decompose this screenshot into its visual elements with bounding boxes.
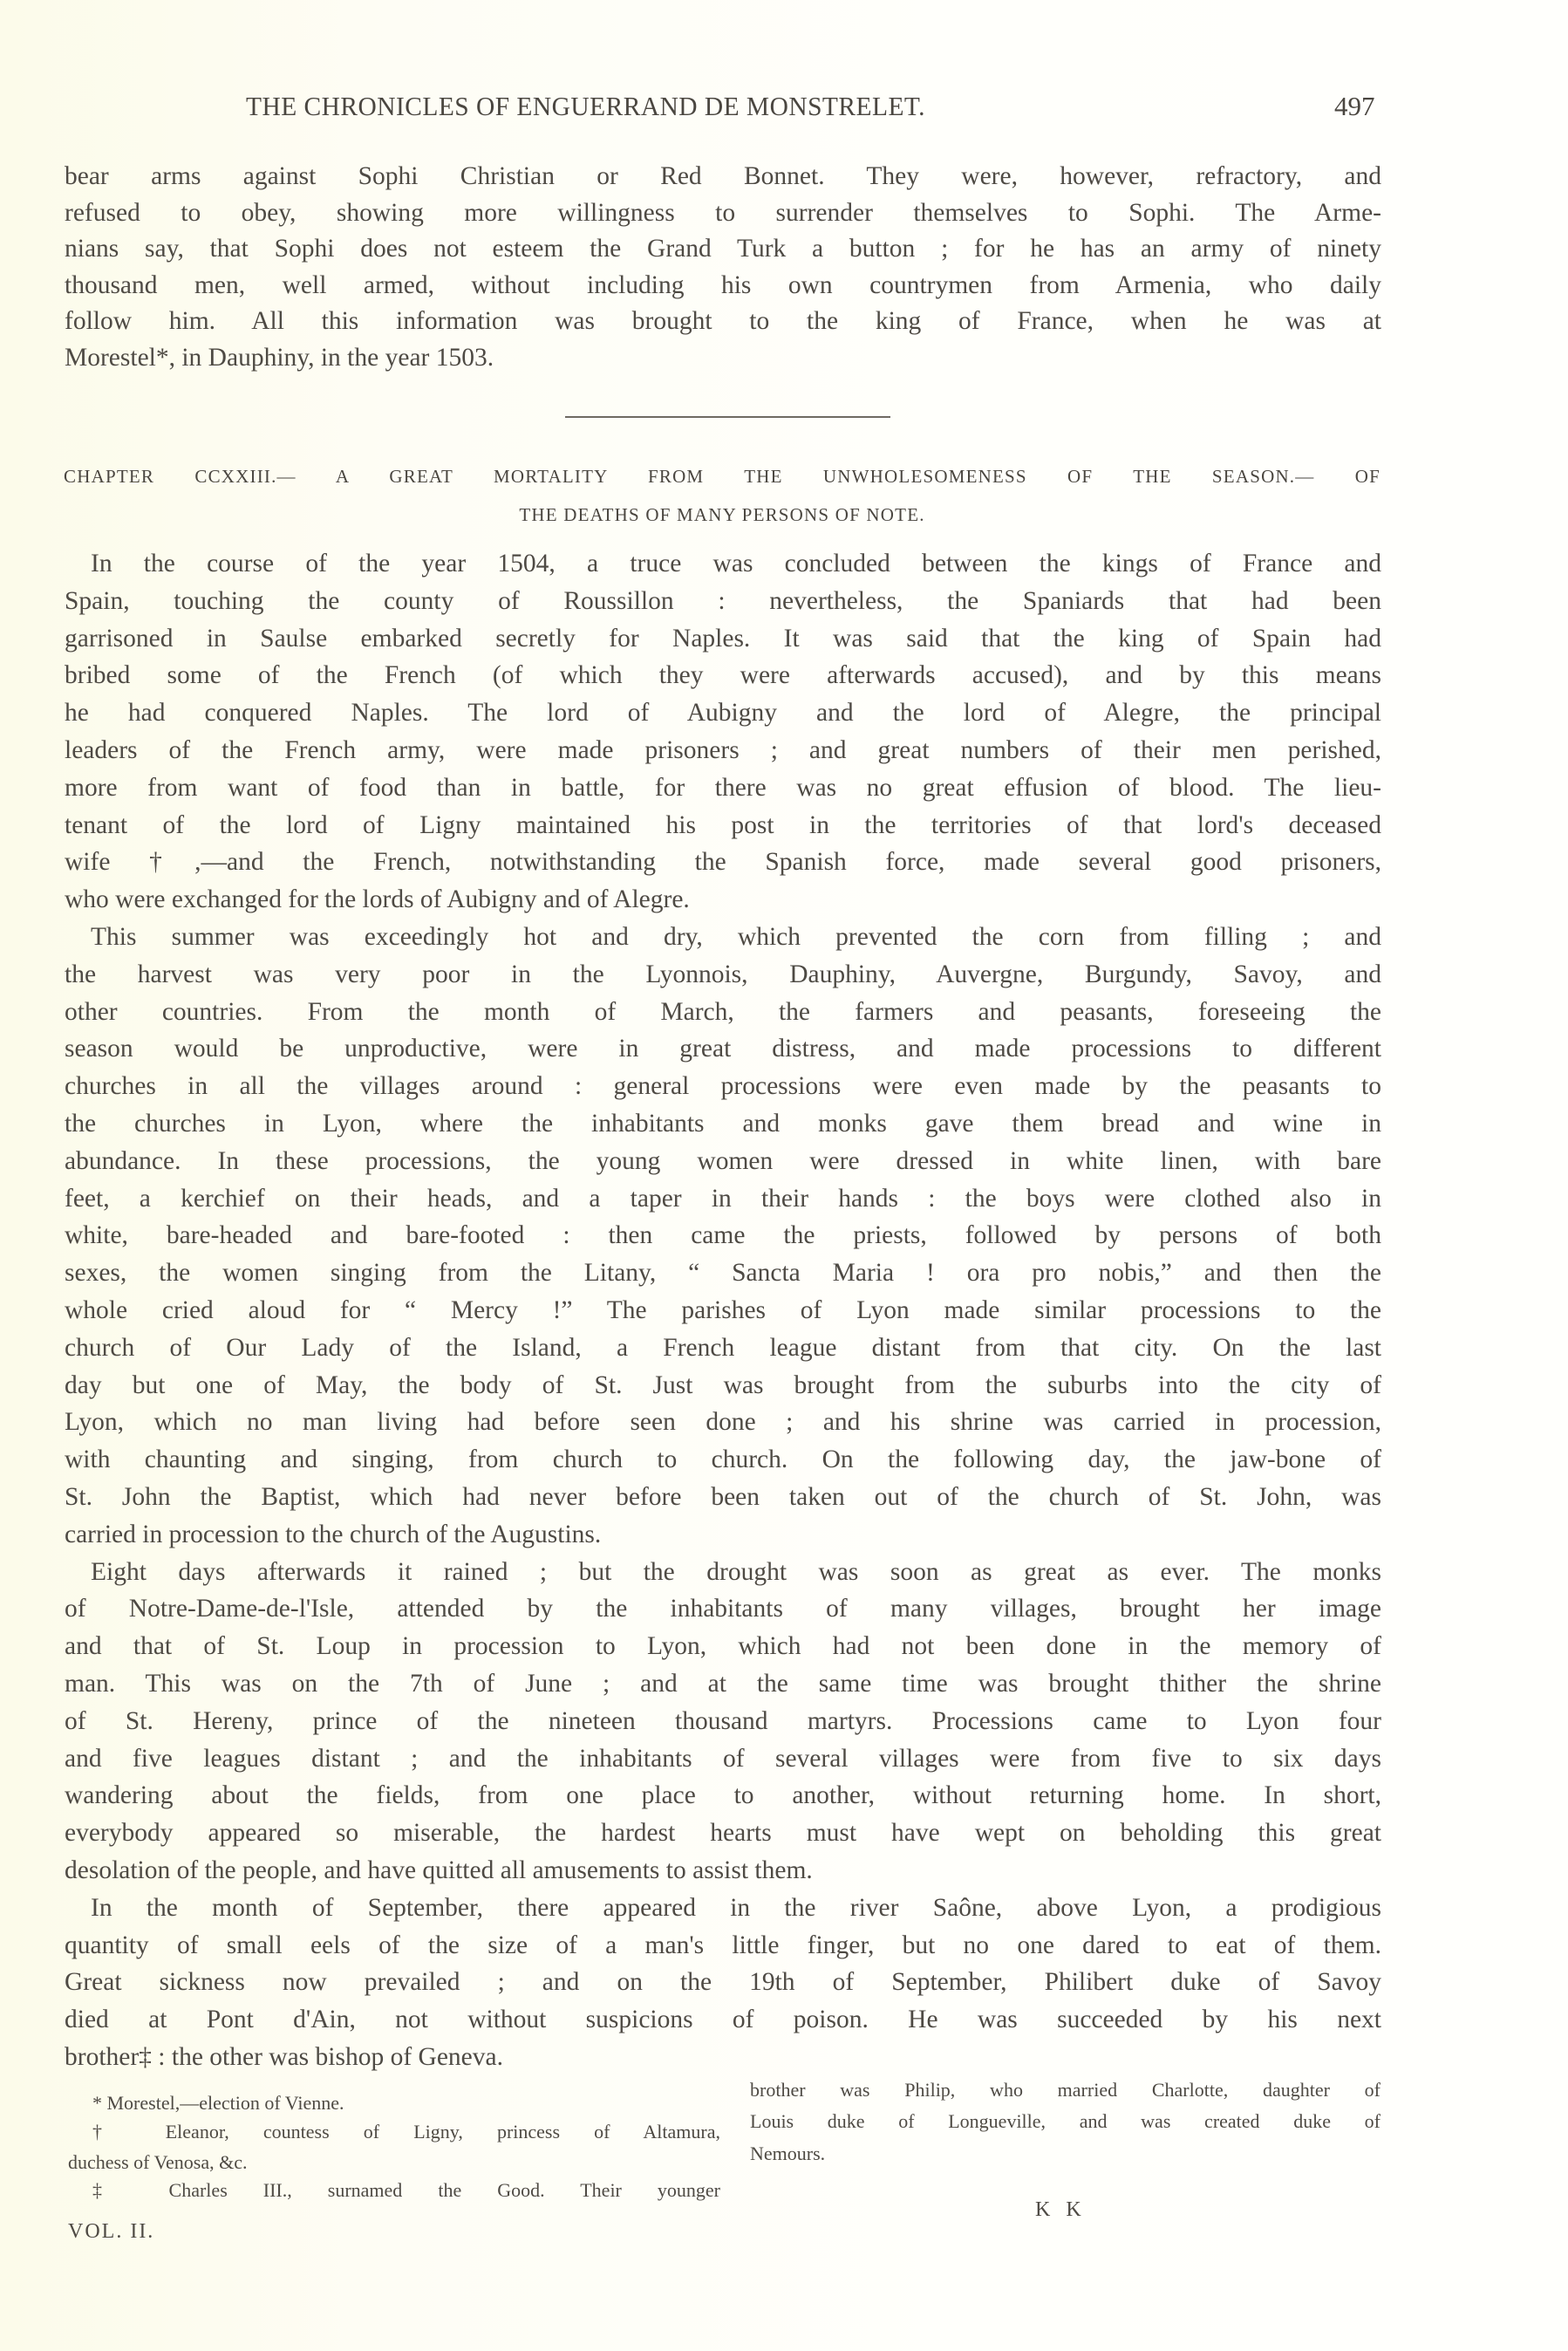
text-line: tenant of the lord of Ligny maintained h… — [65, 810, 1381, 841]
text-line: thousand men, well armed, without includ… — [65, 270, 1381, 301]
text-line: abundance. In these processions, the you… — [65, 1145, 1381, 1177]
chapter-title-line-2: THE DEATHS OF MANY PERSONS OF NOTE. — [64, 504, 1381, 526]
text-line: everybody appeared so miserable, the har… — [65, 1817, 1381, 1849]
text-line: the churches in Lyon, where the inhabita… — [65, 1108, 1381, 1139]
chapter-title-line-1: CHAPTER CCXXIII.— A GREAT MORTALITY FROM… — [64, 466, 1381, 488]
text-line: wife †,—and the French, notwithstanding … — [65, 846, 1381, 878]
text-line: Lyon, which no man living had before see… — [65, 1406, 1381, 1438]
text-line: day but one of May, the body of St. Just… — [65, 1370, 1381, 1401]
text-line: feet, a kerchief on their heads, and a t… — [65, 1183, 1381, 1214]
section-divider — [565, 416, 890, 418]
footnote-line: brother was Philip, who married Charlott… — [750, 2078, 1381, 2102]
text-line: In the course of the year 1504, a truce … — [65, 548, 1381, 579]
footnote-line: * Morestel,—election of Vienne. — [68, 2091, 720, 2115]
text-line: carried in procession to the church of t… — [65, 1519, 1381, 1550]
text-line: Great sickness now prevailed ; and on th… — [65, 1966, 1381, 1998]
running-head-title: THE CHRONICLES OF ENGUERRAND DE MONSTREL… — [246, 91, 1149, 122]
text-line: In the month of September, there appeare… — [65, 1892, 1381, 1924]
text-line: This summer was exceedingly hot and dry,… — [65, 921, 1381, 953]
text-line: brother‡ : the other was bishop of Genev… — [65, 2041, 1381, 2073]
footnote-line: † Eleanor, countess of Ligny, princess o… — [68, 2120, 720, 2144]
text-line: white, bare-headed and bare-footed : the… — [65, 1220, 1381, 1251]
text-line: with chaunting and singing, from church … — [65, 1444, 1381, 1475]
text-line: leaders of the French army, were made pr… — [65, 735, 1381, 766]
footnote-line: Nemours. — [750, 2142, 1381, 2166]
text-line: other countries. From the month of March… — [65, 996, 1381, 1028]
page-number: 497 — [1334, 91, 1375, 122]
text-line: and that of St. Loup in procession to Ly… — [65, 1630, 1381, 1662]
text-line: follow him. All this information was bro… — [65, 305, 1381, 337]
text-line: Morestel*, in Dauphiny, in the year 1503… — [65, 342, 1381, 373]
text-line: the harvest was very poor in the Lyonnoi… — [65, 959, 1381, 990]
text-line: Eight days afterwards it rained ; but th… — [65, 1556, 1381, 1588]
text-line: of Notre-Dame-de-l'Isle, attended by the… — [65, 1593, 1381, 1624]
text-line: died at Pont d'Ain, not without suspicio… — [65, 2004, 1381, 2035]
volume-label: VOL. II. — [68, 2220, 154, 2244]
text-line: wandering about the fields, from one pla… — [65, 1780, 1381, 1811]
text-line: Spain, touching the county of Roussillon… — [65, 585, 1381, 617]
text-line: man. This was on the 7th of June ; and a… — [65, 1668, 1381, 1699]
text-line: more from want of food than in battle, f… — [65, 772, 1381, 803]
text-line: quantity of small eels of the size of a … — [65, 1930, 1381, 1961]
text-line: garrisoned in Saulse embarked secretly f… — [65, 623, 1381, 654]
text-line: nians say, that Sophi does not esteem th… — [65, 233, 1381, 264]
footnote-line: Louis duke of Longueville, and was creat… — [750, 2109, 1381, 2134]
text-line: whole cried aloud for “ Mercy !” The par… — [65, 1295, 1381, 1326]
text-line: refused to obey, showing more willingnes… — [65, 197, 1381, 229]
text-line: who were exchanged for the lords of Aubi… — [65, 884, 1381, 915]
text-line: and five leagues distant ; and the inhab… — [65, 1743, 1381, 1774]
signature-mark: K K — [1035, 2198, 1087, 2222]
text-line: bear arms against Sophi Christian or Red… — [65, 161, 1381, 192]
text-line: bribed some of the French (of which they… — [65, 660, 1381, 691]
text-line: sexes, the women singing from the Litany… — [65, 1257, 1381, 1288]
text-line: church of Our Lady of the Island, a Fren… — [65, 1332, 1381, 1363]
text-line: St. John the Baptist, which had never be… — [65, 1481, 1381, 1513]
text-line: churches in all the villages around : ge… — [65, 1070, 1381, 1102]
text-line: desolation of the people, and have quitt… — [65, 1855, 1381, 1886]
text-line: season would be unproductive, were in gr… — [65, 1033, 1381, 1064]
text-line: he had conquered Naples. The lord of Aub… — [65, 697, 1381, 728]
footnote-line: ‡ Charles III., surnamed the Good. Their… — [68, 2178, 720, 2203]
footnote-line: duchess of Venosa, &c. — [68, 2150, 720, 2175]
text-line: of St. Hereny, prince of the nineteen th… — [65, 1705, 1381, 1737]
